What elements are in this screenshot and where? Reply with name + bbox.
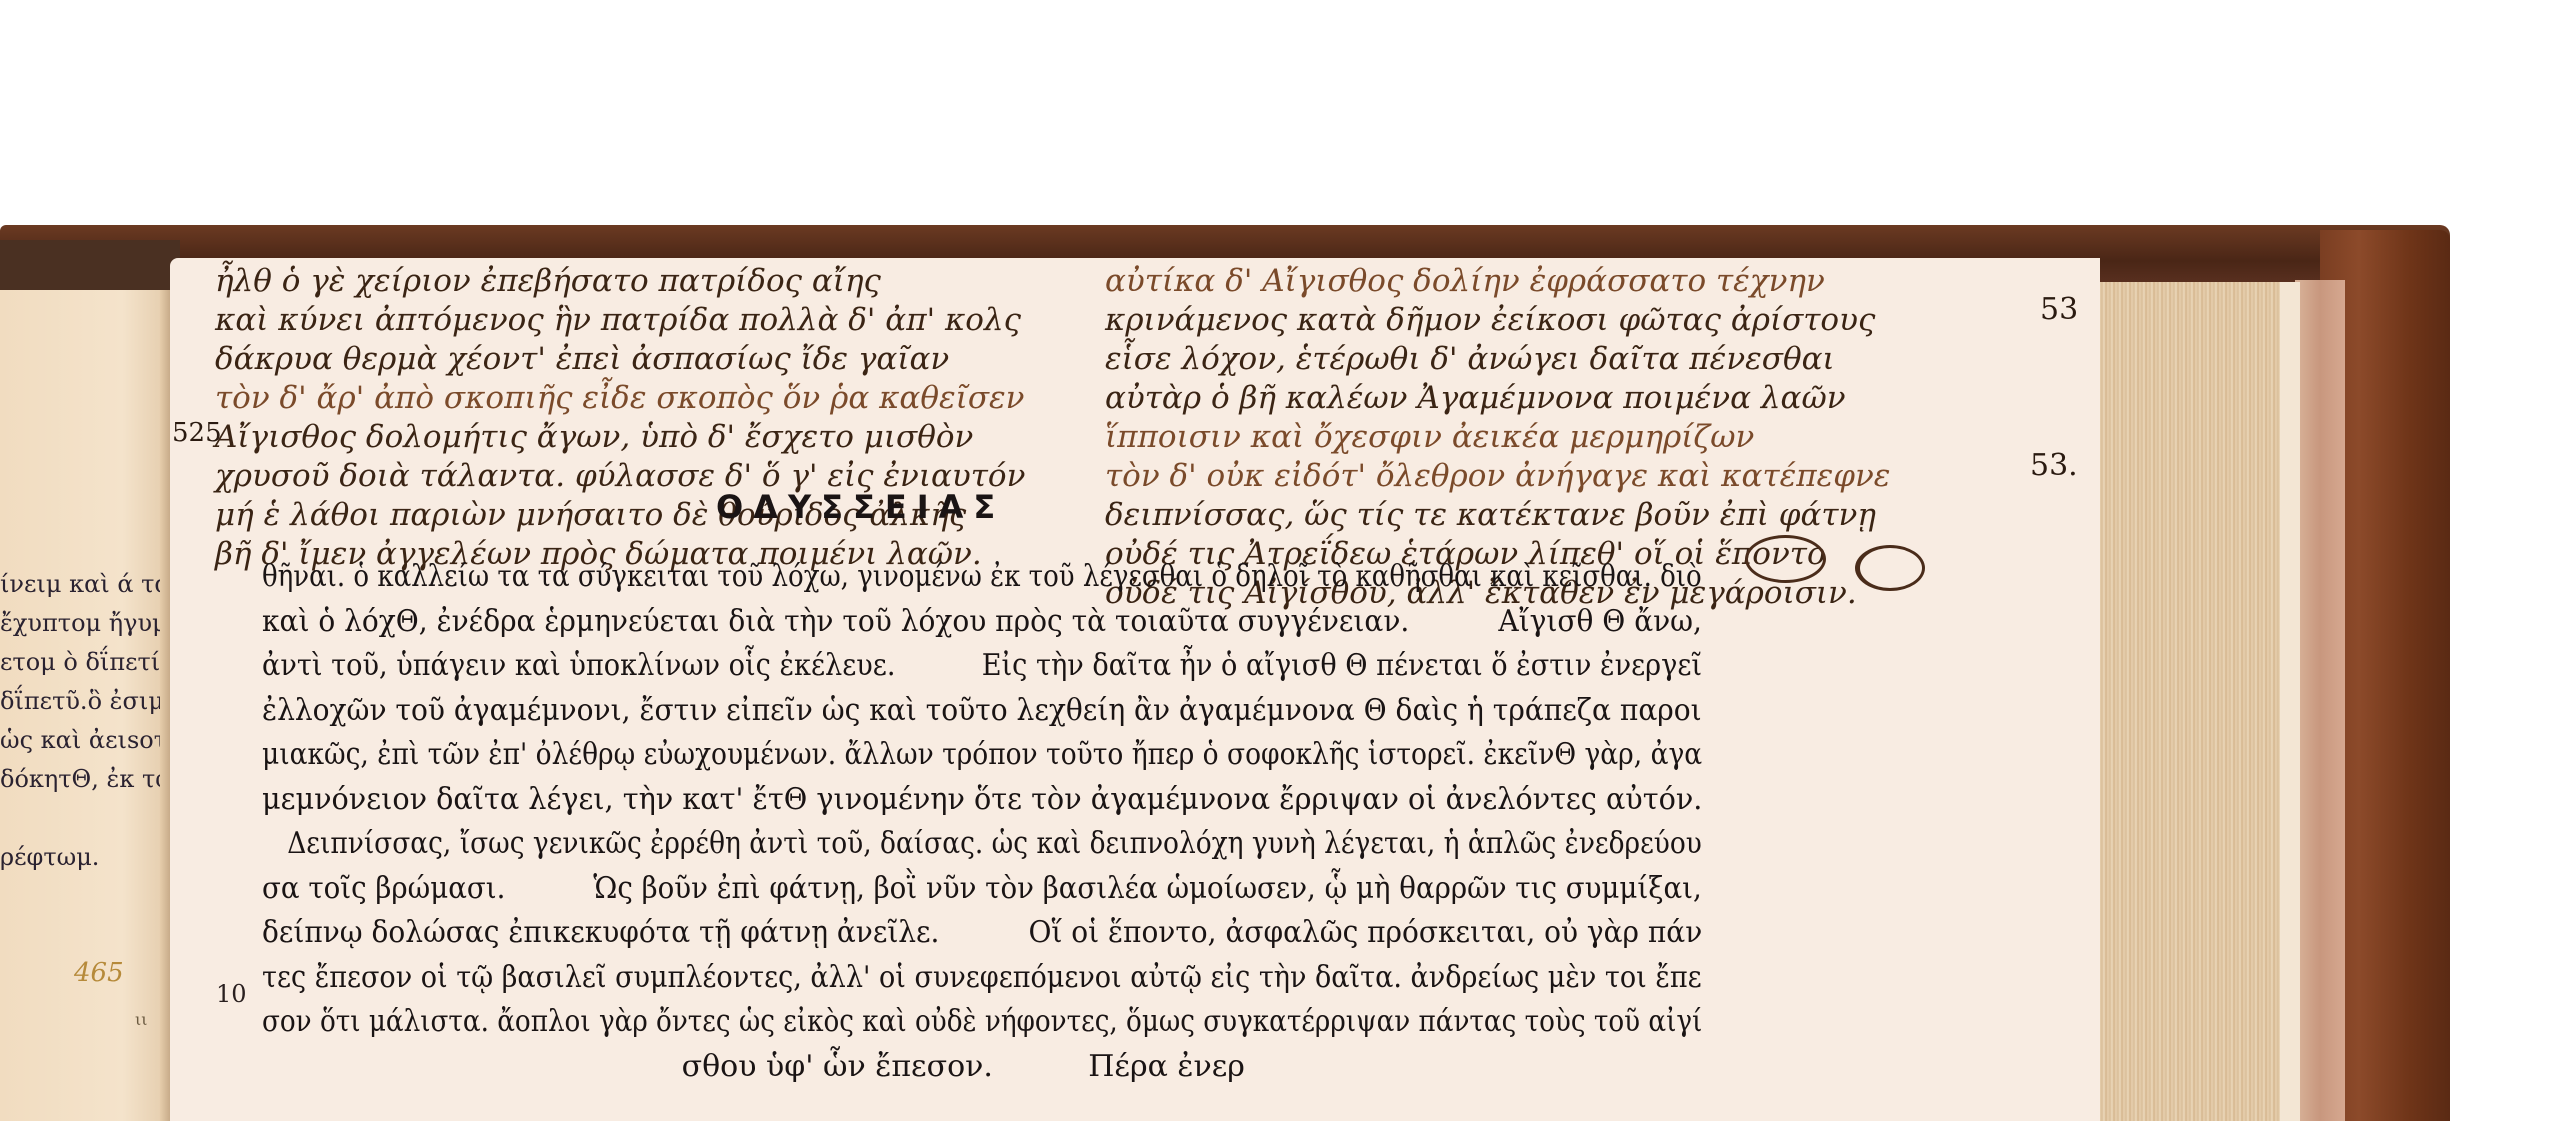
commentary-line: θῆναι. ὁ καλλείω τα τα σύγκειται τοῦ λόχ… [262,555,1511,600]
hand-line: αὐτὰρ ὁ βῆ καλέων Ἀγαμέμνονα ποιμένα λαῶ… [1105,379,1890,418]
line-number-10: 10 [216,980,247,1008]
page-block-edges [2100,282,2300,1121]
hand-line: καὶ κύνει ἀπτόμενος ἣν πατρίδα πολλὰ δ' … [215,301,1025,340]
commentary-line: σα τοῖς βρώμασι. Ὡς βοῦν ἐπὶ φάτνῃ, βοῒ … [262,867,1590,912]
commentary-line: σον ὅτι μάλιστα. ἄοπλοι γὰρ ὄντες ὡς εἰκ… [262,1000,1520,1045]
margin-number-525: 525 [172,418,222,448]
margin-number-53-top: 53 [2040,292,2078,327]
page-edge-highlight [2280,282,2300,1121]
commentary-line: δείπνῳ δολώσας ἐπικεκυφότα τῇ φάτνῃ ἀνεῖ… [262,911,1606,956]
flourish-loop [1745,535,1826,583]
commentary-line: καὶ ὁ λόχΘ, ἐνέδρα ἑρμηνεύεται διὰ τὴν τ… [262,600,1608,645]
hand-line: κρινάμενος κατὰ δῆμον ἐείκοσι φῶτας ἀρίσ… [1105,301,1890,340]
hand-line: αὐτίκα δ' Αἴγισθος δολίην ἐφράσσατο τέχν… [1105,262,1890,301]
left-text-line [0,799,175,838]
handwritten-annotation-left: ἦλθ ὁ γὲ χείριον ἐπεβήσατο πατρίδος αἴης… [215,262,1025,574]
left-page-text: ίνειμ καὶ ά ταῦ- ἔχυπτομ ἤγυμ τόμ ετομ ὸ… [0,565,175,877]
left-text-line: δόκητΘ, ἐκ τῶ [0,760,175,799]
commentary-line: μεμνόνειον δαῖτα λέγει, τὴν κατ' ἔτΘ γιν… [262,778,1638,823]
hand-line: δάκρυα θερμὰ χέοντ' ἐπεὶ ἀσπασίως ἴδε γα… [215,340,1025,379]
left-text-line: ὡς καὶ ἀειsοτί [0,721,175,760]
hand-line: ἦλθ ὁ γὲ χείριον ἐπεβήσατο πατρίδος αἴης [215,262,1025,301]
hand-line: δειπνίσσας, ὥς τίς τε κατέκτανε βοῦν ἐπὶ… [1105,496,1890,535]
commentary-line: ἀντὶ τοῦ, ὑπάγειν καὶ ὑποκλίνων οἷς ἐκέλ… [262,644,1565,689]
margin-number-53: 53. [2030,448,2078,483]
left-margin-number: 465 [74,958,124,988]
commentary-line: τες ἔπεσον οἱ τῷ βασιλεῖ συμπλέοντες, ἀλ… [262,956,1560,1001]
left-small-mark: ιι [135,1010,148,1029]
left-text-line: δΐπετῦ.ὃ ἐσιμ ἐν [0,682,175,721]
left-text-line: ἔχυπτομ ἤγυμ τόμ [0,604,175,643]
hand-line: εἷσε λόχον, ἑτέρωθι δ' ἀνώγει δαῖτα πένε… [1105,340,1890,379]
running-title: ΟΔΥΣΣΕΙΑΣ [716,488,1005,526]
hand-line: Αἴγισθος δολομήτις ἄγων, ὑπὸ δ' ἔσχετο μ… [215,418,1025,457]
commentary-line: Δειπνίσσας, ἴσως γενικῶς ἐρρέθη ἀντὶ τοῦ… [262,822,1531,867]
commentary-line: ἐλλοχῶν τοῦ ἀγαμέμνονι, ἔστιν εἰπεῖν ὡς … [262,689,1609,734]
flourish-loop [1855,545,1925,591]
left-text-line: ίνειμ καὶ ά ταῦ- [0,565,175,604]
hand-line: τὸν δ' ἄρ' ἀπὸ σκοπιῆς εἶδε σκοπὸς ὅν ῥα… [215,379,1025,418]
hand-line: τὸν δ' οὐκ εἰδότ' ὄλεθρον ἀνήγαγε καὶ κα… [1105,457,1890,496]
printed-commentary: θῆναι. ὁ καλλείω τα τα σύγκειται τοῦ λόχ… [262,555,1702,1089]
hand-line: ἵπποισιν καὶ ὄχεσφιν ἀεικέα μερμηρίζων [1105,418,1890,457]
left-text-line: ετομ ὸ δΐπετίς. [0,643,175,682]
commentary-line: σθου ὑφ' ὧν ἔπεσον. Πέρα ἐνερ [262,1045,1702,1090]
left-text-line: ρέφτωμ. [0,838,175,877]
marbled-endpaper [2295,280,2345,1121]
commentary-line: μιακῶς, ἐπὶ τῶν ἐπ' ὀλέθρῳ εὐωχουμένων. … [262,733,1533,778]
